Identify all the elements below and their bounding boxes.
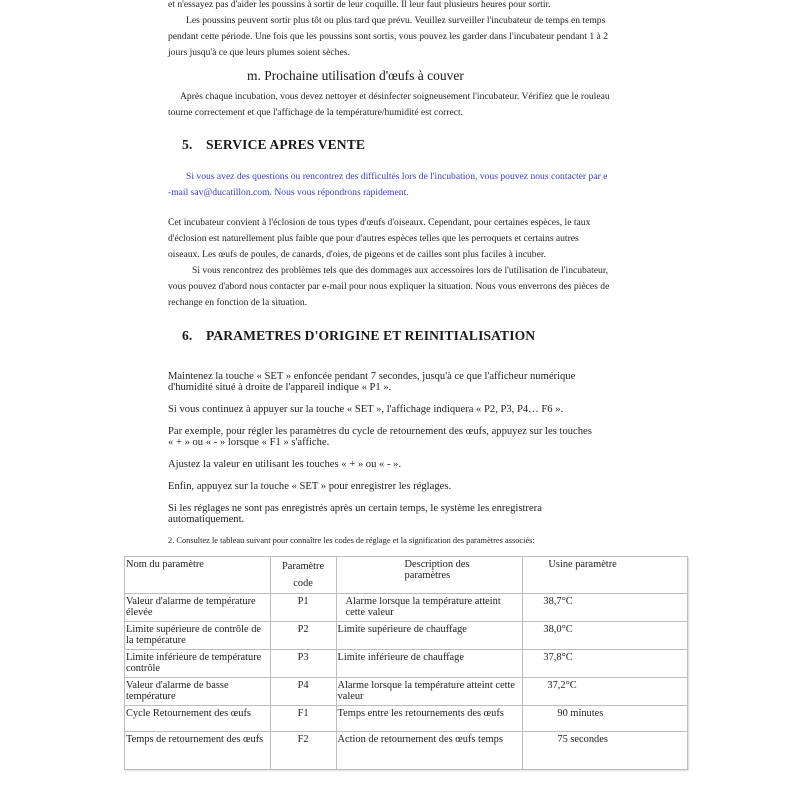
param-factory-value-cell: 75 secondes [523, 732, 688, 770]
paragraph-line: Si vous rencontrez des problèmes tels qu… [192, 263, 608, 279]
header-factory-value: Usine paramètre [523, 557, 688, 594]
param-code-cell: F1 [270, 706, 336, 732]
intro-line: jours jusqu'à ce que leurs plumes soient… [168, 45, 350, 61]
table-row: Valeur d'alarme de basse températureP4Al… [125, 678, 688, 706]
intro-line: pendant cette période. Une fois que les … [168, 29, 608, 45]
paragraph-line: oiseaux. Les œufs de poules, de canards,… [168, 247, 546, 263]
param-code-cell: F2 [270, 732, 336, 770]
param-name-cell: Valeur d'alarme de température élevée [125, 594, 271, 622]
section-heading: 6.PARAMETRES D'ORIGINE ET REINITIALISATI… [182, 328, 535, 344]
section-title: PARAMETRES D'ORIGINE ET REINITIALISATION [206, 328, 535, 343]
instruction-line: Ajustez la valeur en utilisant les touch… [168, 459, 401, 470]
header-name: Nom du paramètre [125, 557, 271, 594]
param-description-cell: Action de retournement des œufs temps [336, 732, 523, 770]
section-number: 6. [182, 328, 206, 344]
instruction-line: « + » ou « - » lorsque « F1 » s'affiche. [168, 437, 329, 448]
header-description: Description des paramètres [336, 557, 523, 594]
instruction-line: Si les réglages ne sont pas enregistrés … [168, 503, 542, 514]
param-description-cell: Limite inférieure de chauffage [336, 650, 523, 678]
param-code-cell: P3 [270, 650, 336, 678]
header-code-line2: code [293, 578, 313, 589]
table-row: Cycle Retournement des œufsF1Temps entre… [125, 706, 688, 732]
param-description-cell: Temps entre les retournements des œufs [336, 706, 523, 732]
header-code-line1: Paramètre [282, 561, 324, 572]
param-code-cell: P4 [270, 678, 336, 706]
param-name-cell: Temps de retournement des œufs [125, 732, 271, 770]
param-name-cell: Limite inférieure de température contrôl… [125, 650, 271, 678]
param-factory-value-cell: 38,7°C [523, 594, 688, 622]
param-description-cell: Alarme lorsque la température atteint ce… [336, 594, 523, 622]
header-code: Paramètre code [270, 557, 336, 594]
table-intro: 2. Consultez le tableau suivant pour con… [168, 536, 535, 545]
contact-email-line[interactable]: -mail sav@ducatillon.com. Nous vous répo… [168, 185, 409, 201]
param-description-cell: Limite supérieure de chauffage [336, 622, 523, 650]
paragraph-line: tourne correctement et que l'affichage d… [168, 105, 463, 121]
param-name-cell: Limite supérieure de contrôle de la temp… [125, 622, 271, 650]
param-name-cell: Cycle Retournement des œufs [125, 706, 271, 732]
intro-line: et n'essayez pas d'aider les poussins à … [168, 0, 551, 13]
instruction-line: d'humidité situé à droite de l'appareil … [168, 382, 391, 393]
instruction-line: automatiquement. [168, 514, 244, 525]
param-description-cell: Alarme lorsque la température atteint ce… [336, 678, 523, 706]
paragraph-line: rechange en fonction de la situation. [168, 295, 307, 311]
section-number: 5. [182, 137, 206, 153]
table-row: Temps de retournement des œufsF2Action d… [125, 732, 688, 770]
parameters-table: Nom du paramètre Paramètre code Descript… [124, 556, 688, 770]
table-row: Limite inférieure de température contrôl… [125, 650, 688, 678]
section-heading: 5.SERVICE APRES VENTE [182, 137, 365, 153]
paragraph-line: vous pouvez d'abord nous contacter par e… [168, 279, 609, 295]
param-factory-value-cell: 90 minutes [523, 706, 688, 732]
contact-line: Si vous avez des questions ou rencontrez… [186, 169, 607, 185]
param-factory-value-cell: 38,0°C [523, 622, 688, 650]
paragraph-line: Après chaque incubation, vous devez nett… [180, 89, 610, 105]
paragraph-line: d'éclosion est naturellement plus faible… [168, 231, 579, 247]
section-title: SERVICE APRES VENTE [206, 137, 365, 152]
table-row: Limite supérieure de contrôle de la temp… [125, 622, 688, 650]
param-code-cell: P1 [270, 594, 336, 622]
instruction-line: Maintenez la touche « SET » enfoncée pen… [168, 371, 575, 382]
param-name-cell: Valeur d'alarme de basse température [125, 678, 271, 706]
table-header-row: Nom du paramètre Paramètre code Descript… [125, 557, 688, 594]
intro-line: Les poussins peuvent sortir plus tôt ou … [186, 13, 605, 29]
param-factory-value-cell: 37,2°C [523, 678, 688, 706]
instruction-line: Par exemple, pour régler les paramètres … [168, 426, 592, 437]
paragraph-line: Cet incubateur convient à l'éclosion de … [168, 215, 590, 231]
table-row: Valeur d'alarme de température élevéeP1A… [125, 594, 688, 622]
subsection-title: m. Prochaine utilisation d'œufs à couver [247, 68, 464, 84]
instruction-line: Enfin, appuyez sur la touche « SET » pou… [168, 481, 451, 492]
instruction-line: Si vous continuez à appuyer sur la touch… [168, 404, 563, 415]
param-factory-value-cell: 37,8°C [523, 650, 688, 678]
param-code-cell: P2 [270, 622, 336, 650]
